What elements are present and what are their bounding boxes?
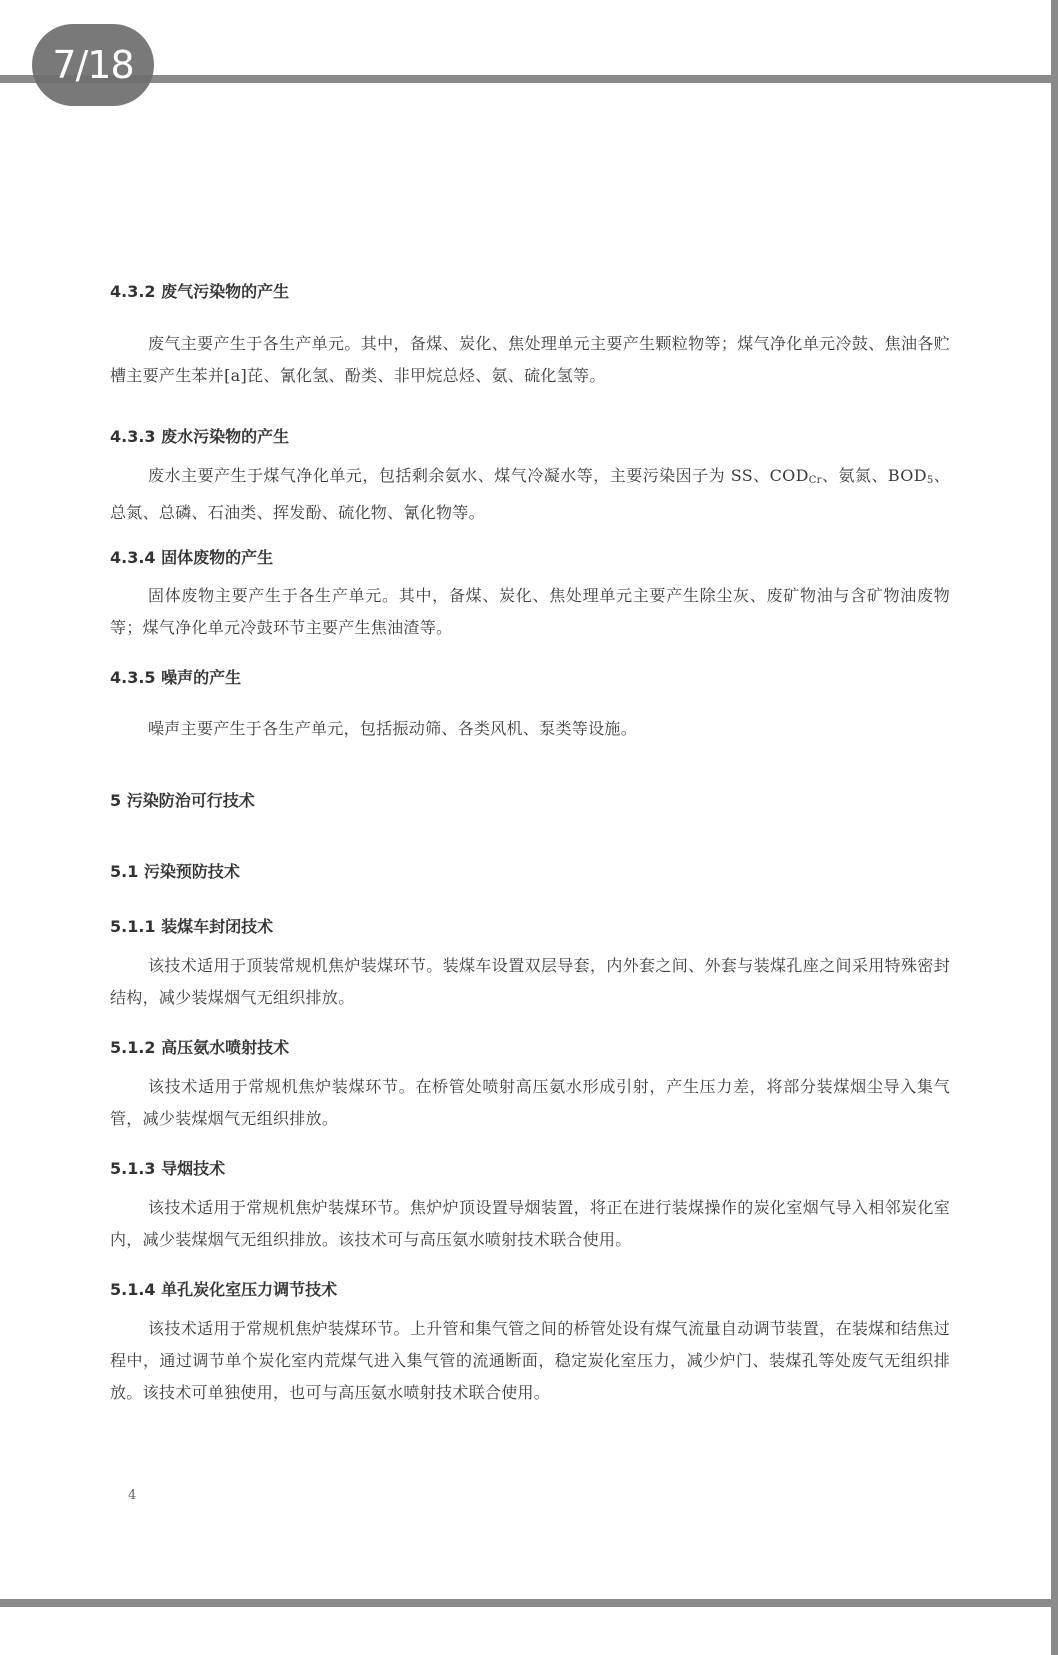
heading-4-3-5: 4.3.5 噪声的产生 bbox=[110, 665, 241, 688]
paragraph-smoke-guide: 该技术适用于常规机焦炉装煤环节。焦炉炉顶设置导烟装置，将正在进行装煤操作的炭化室… bbox=[110, 1192, 950, 1256]
paragraph-coal-car-sealing: 该技术适用于顶装常规机焦炉装煤环节。装煤车设置双层导套，内外套之间、外套与装煤孔… bbox=[110, 950, 950, 1014]
page-separator-top bbox=[0, 75, 1051, 83]
paragraph-exhaust-gas: 废气主要产生于各生产单元。其中，备煤、炭化、焦处理单元主要产生颗粒物等；煤气净化… bbox=[110, 328, 950, 392]
page-number: 4 bbox=[128, 1488, 136, 1503]
heading-5-1: 5.1 污染预防技术 bbox=[110, 859, 240, 882]
paragraph-solid-waste: 固体废物主要产生于各生产单元。其中，备煤、炭化、焦处理单元主要产生除尘灰、废矿物… bbox=[110, 580, 950, 644]
paragraph-pressure-regulation: 该技术适用于常规机焦炉装煤环节。上升管和集气管之间的桥管处设有煤气流量自动调节装… bbox=[110, 1313, 950, 1409]
heading-4-3-2: 4.3.2 废气污染物的产生 bbox=[110, 279, 289, 302]
heading-4-3-3: 4.3.3 废水污染物的产生 bbox=[110, 424, 289, 447]
heading-5-1-1: 5.1.1 装煤车封闭技术 bbox=[110, 914, 273, 937]
paragraph-noise: 噪声主要产生于各生产单元，包括振动筛、各类风机、泵类等设施。 bbox=[110, 713, 950, 745]
heading-5-1-3: 5.1.3 导烟技术 bbox=[110, 1156, 225, 1179]
page-indicator-badge: 7/18 bbox=[32, 24, 154, 106]
heading-5-1-4: 5.1.4 单孔炭化室压力调节技术 bbox=[110, 1277, 337, 1300]
heading-5-1-2: 5.1.2 高压氨水喷射技术 bbox=[110, 1035, 289, 1058]
paragraph-wastewater: 废水主要产生于煤气净化单元，包括剩余氨水、煤气冷凝水等，主要污染因子为 SS、C… bbox=[110, 460, 950, 529]
heading-4-3-4: 4.3.4 固体废物的产生 bbox=[110, 545, 273, 568]
page-edge-right bbox=[1051, 0, 1058, 1655]
page-separator-bottom bbox=[0, 1599, 1051, 1607]
heading-5: 5 污染防治可行技术 bbox=[110, 788, 255, 811]
paragraph-ammonia-spray: 该技术适用于常规机焦炉装煤环节。在桥管处喷射高压氨水形成引射，产生压力差，将部分… bbox=[110, 1071, 950, 1135]
